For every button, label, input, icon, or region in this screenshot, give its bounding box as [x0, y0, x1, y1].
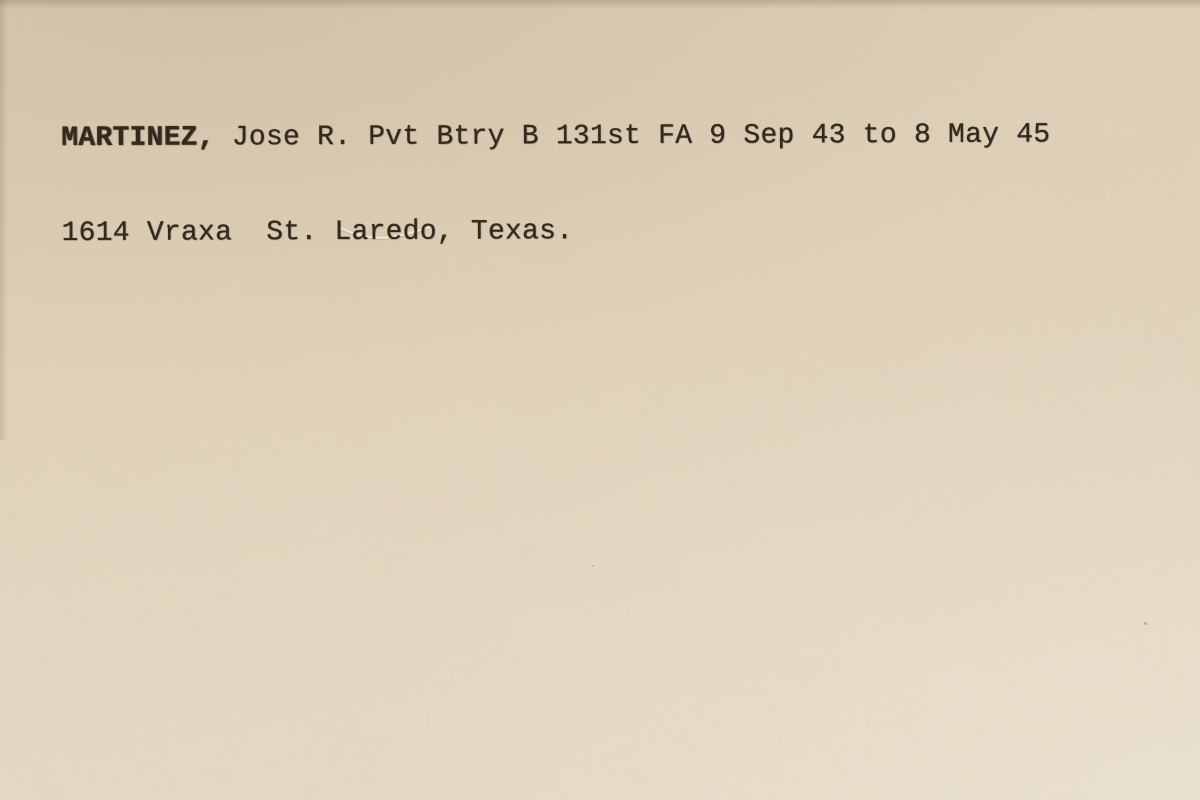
scanned-card: MARTINEZ, Jose R. Pvt Btry B 131st FA 9 …	[0, 0, 1200, 800]
dust-speck	[1144, 622, 1147, 625]
service-record-details: Jose R. Pvt Btry B 131st FA 9 Sep 43 to …	[215, 120, 1051, 154]
service-member-name: MARTINEZ,	[61, 122, 215, 154]
typed-text-block: MARTINEZ, Jose R. Pvt Btry B 131st FA 9 …	[61, 57, 1051, 312]
scan-edge-shadow-top	[0, 0, 1200, 9]
dust-speck	[592, 565, 594, 567]
scan-edge-shadow-left	[0, 0, 8, 440]
typed-line-1: MARTINEZ, Jose R. Pvt Btry B 131st FA 9 …	[61, 120, 1050, 155]
typed-line-2-address: 1614 Vraxa St. Laredo, Texas.	[62, 214, 1051, 249]
